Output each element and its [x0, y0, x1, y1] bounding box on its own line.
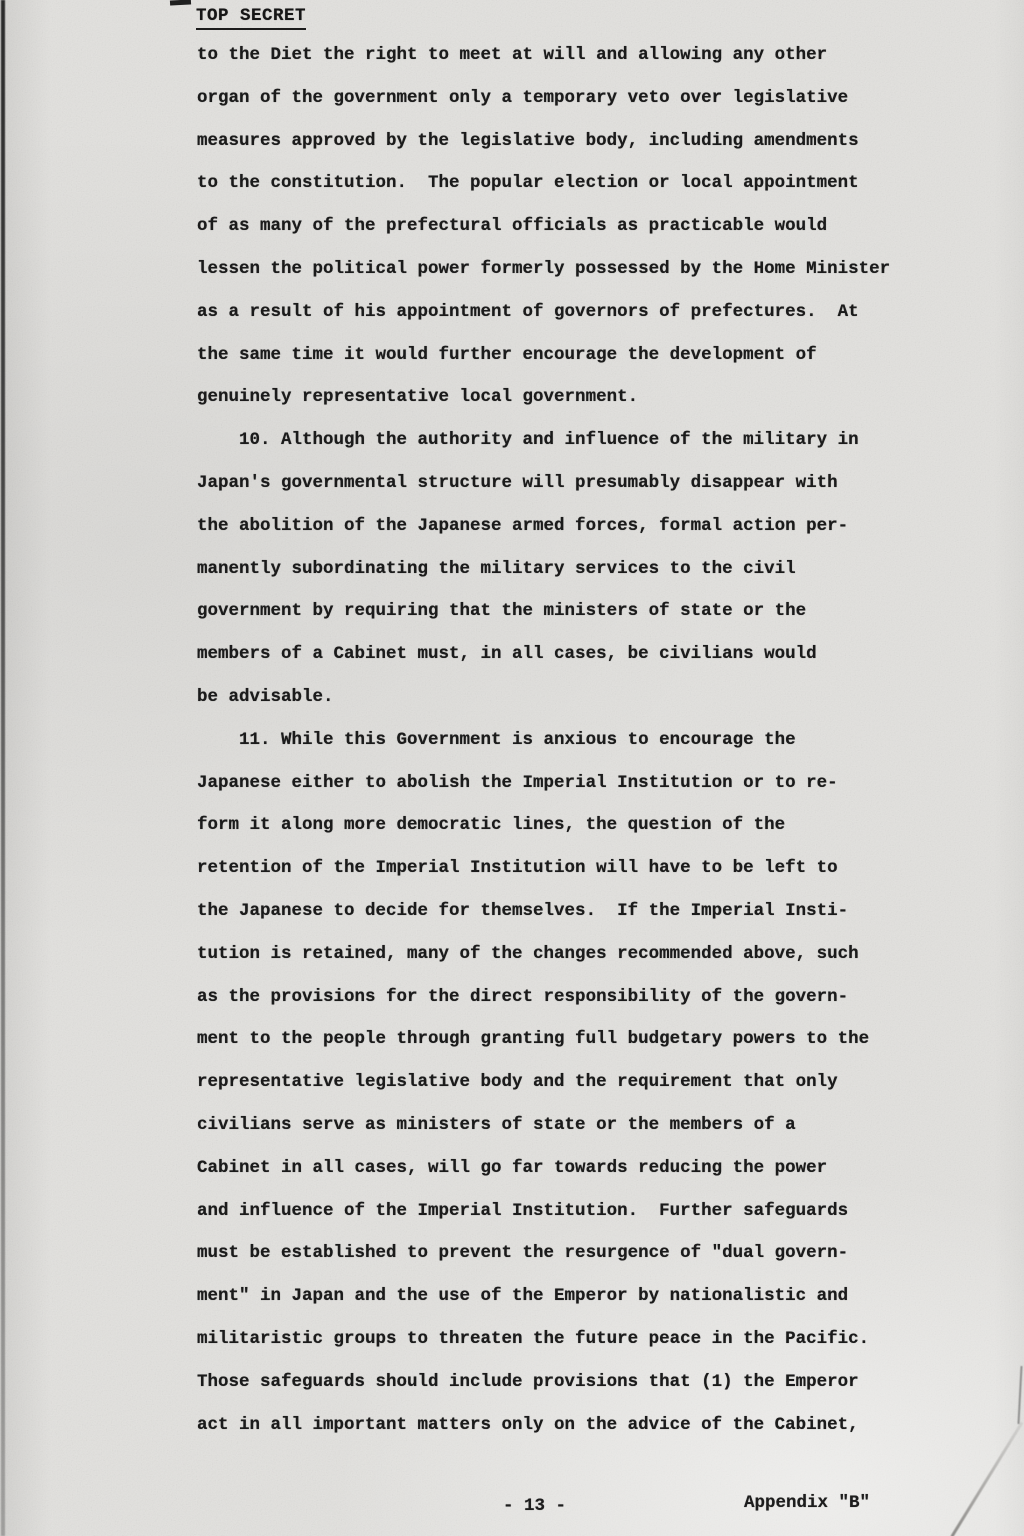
text-line: Cabinet in all cases, will go far toward…: [197, 1147, 890, 1190]
paper-crease: [951, 1422, 1024, 1536]
text-line: be advisable.: [197, 676, 890, 719]
text-line: government by requiring that the ministe…: [197, 590, 890, 633]
text-line: civilians serve as ministers of state or…: [197, 1104, 890, 1147]
text-line: must be established to prevent the resur…: [197, 1232, 890, 1275]
text-line: as a result of his appointment of govern…: [197, 291, 890, 334]
text-line: lessen the political power formerly poss…: [197, 248, 890, 291]
text-line: act in all important matters only on the…: [197, 1404, 890, 1447]
text-line: members of a Cabinet must, in all cases,…: [197, 633, 890, 676]
text-line: Japanese either to abolish the Imperial …: [197, 762, 890, 805]
text-line: as the provisions for the direct respons…: [197, 976, 890, 1019]
text-line: the abolition of the Japanese armed forc…: [197, 505, 890, 548]
page-number: - 13 -: [503, 1496, 566, 1516]
text-line: Those safeguards should include provisio…: [197, 1361, 890, 1404]
scanned-document-page: TOP SECRET to the Diet the right to meet…: [0, 0, 1024, 1536]
text-line: form it along more democratic lines, the…: [197, 804, 890, 847]
text-line: the same time it would further encourage…: [197, 334, 890, 377]
text-line: tution is retained, many of the changes …: [197, 933, 890, 976]
appendix-label: Appendix "B": [744, 1493, 870, 1513]
scan-right-edge-mark: [1017, 1366, 1022, 1424]
scan-left-edge: [1, 0, 5, 1536]
text-line: to the Diet the right to meet at will an…: [197, 34, 890, 77]
document-body: to the Diet the right to meet at will an…: [197, 34, 890, 1446]
text-line: to the constitution. The popular electio…: [197, 162, 890, 205]
text-line: 11. While this Government is anxious to …: [197, 719, 890, 762]
text-line: ment" in Japan and the use of the Empero…: [197, 1275, 890, 1318]
text-line: and influence of the Imperial Institutio…: [197, 1190, 890, 1233]
text-line: retention of the Imperial Institution wi…: [197, 847, 890, 890]
text-line: representative legislative body and the …: [197, 1061, 890, 1104]
text-line: 10. Although the authority and influence…: [197, 419, 890, 462]
text-line: organ of the government only a temporary…: [197, 77, 890, 120]
text-line: militaristic groups to threaten the futu…: [197, 1318, 890, 1361]
text-line: measures approved by the legislative bod…: [197, 120, 890, 163]
text-line: genuinely representative local governmen…: [197, 376, 890, 419]
text-line: manently subordinating the military serv…: [197, 548, 890, 591]
text-line: of as many of the prefectural officials …: [197, 205, 890, 248]
scan-top-mark: [170, 0, 191, 6]
text-line: the Japanese to decide for themselves. I…: [197, 890, 890, 933]
text-line: ment to the people through granting full…: [197, 1018, 890, 1061]
text-line: Japan's governmental structure will pres…: [197, 462, 890, 505]
classification-header: TOP SECRET: [196, 6, 306, 30]
